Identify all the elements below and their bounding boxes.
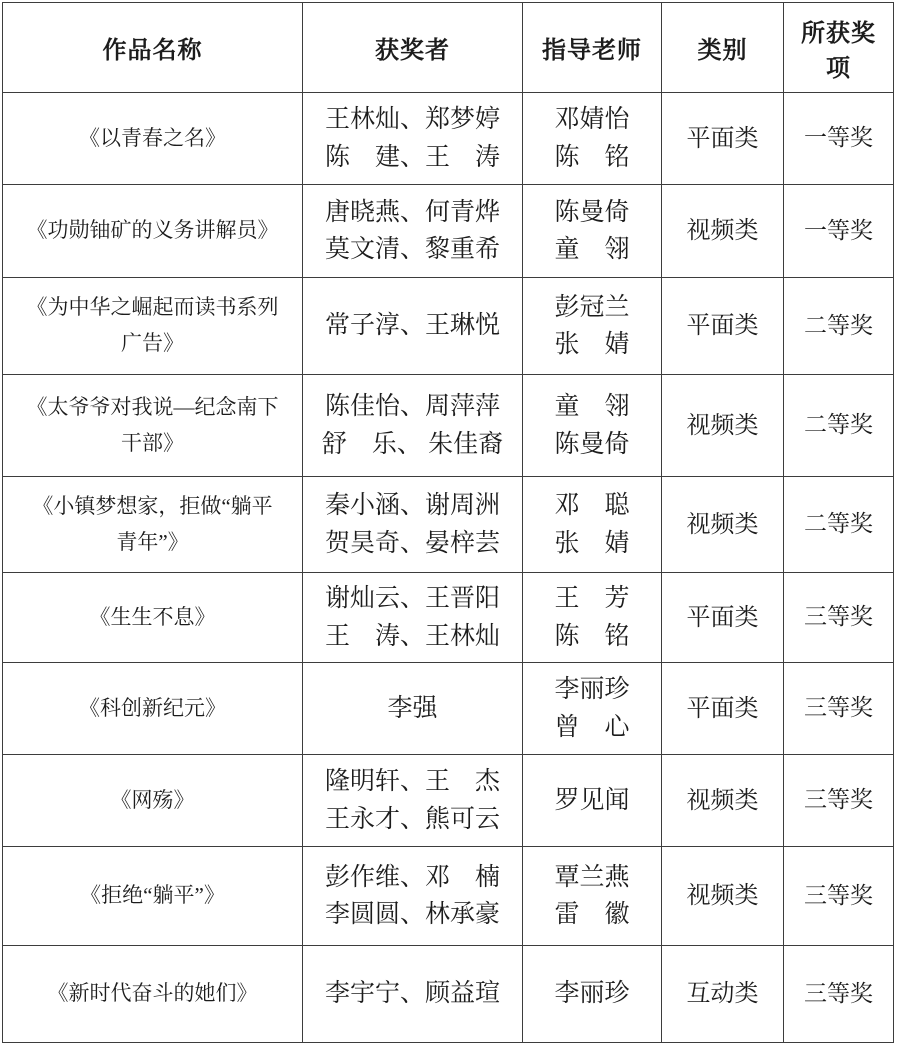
teachers-cell: 王 芳 陈 铭 — [523, 573, 662, 663]
award-cell: 三等奖 — [784, 573, 894, 663]
col-header-teachers: 指导老师 — [523, 3, 662, 93]
header-row: 作品名称 获奖者 指导老师 类别 所获奖项 — [3, 3, 894, 93]
winners-cell: 王林灿、郑梦婷 陈 建、王 涛 — [303, 93, 523, 185]
category-cell: 视频类 — [662, 185, 784, 278]
teachers-cell: 邓婧怡 陈 铭 — [523, 93, 662, 185]
table-row: 《科创新纪元》 李强 李丽珍 曾 心 平面类 三等奖 — [3, 663, 894, 755]
awards-table: 作品名称 获奖者 指导老师 类别 所获奖项 《以青春之名》 王林灿、郑梦婷 陈 … — [2, 2, 894, 1043]
category-cell: 互动类 — [662, 946, 784, 1043]
award-cell: 二等奖 — [784, 278, 894, 375]
work-title-cell: 《为中华之崛起而读书系列 广告》 — [3, 278, 303, 375]
table-row: 《网殇》 隆明轩、王 杰 王永才、熊可云 罗见闻 视频类 三等奖 — [3, 755, 894, 847]
teachers-cell: 覃兰燕 雷 徽 — [523, 847, 662, 946]
table-row: 《以青春之名》 王林灿、郑梦婷 陈 建、王 涛 邓婧怡 陈 铭 平面类 一等奖 — [3, 93, 894, 185]
teachers-cell: 彭冠兰 张 婧 — [523, 278, 662, 375]
table-row: 《拒绝“躺平”》 彭作维、邓 楠 李圆圆、林承豪 覃兰燕 雷 徽 视频类 三等奖 — [3, 847, 894, 946]
award-cell: 一等奖 — [784, 185, 894, 278]
category-cell: 平面类 — [662, 663, 784, 755]
award-cell: 二等奖 — [784, 375, 894, 477]
winners-cell: 秦小涵、谢周洲 贺昊奇、晏梓芸 — [303, 477, 523, 573]
award-cell: 三等奖 — [784, 946, 894, 1043]
work-title-cell: 《小镇梦想家，拒做“躺平 青年”》 — [3, 477, 303, 573]
col-header-work-title: 作品名称 — [3, 3, 303, 93]
teachers-cell: 李丽珍 曾 心 — [523, 663, 662, 755]
winners-cell: 彭作维、邓 楠 李圆圆、林承豪 — [303, 847, 523, 946]
category-cell: 视频类 — [662, 477, 784, 573]
table-row: 《太爷爷对我说—纪念南下 干部》 陈佳怡、周萍萍 舒 乐、 朱佳裔 童 翎 陈曼… — [3, 375, 894, 477]
work-title-cell: 《生生不息》 — [3, 573, 303, 663]
winners-cell: 隆明轩、王 杰 王永才、熊可云 — [303, 755, 523, 847]
award-cell: 三等奖 — [784, 847, 894, 946]
work-title-cell: 《新时代奋斗的她们》 — [3, 946, 303, 1043]
award-cell: 一等奖 — [784, 93, 894, 185]
winners-cell: 李宇宁、顾益瑄 — [303, 946, 523, 1043]
table-row: 《功勋铀矿的义务讲解员》 唐晓燕、何青烨 莫文清、黎重希 陈曼倚 童 翎 视频类… — [3, 185, 894, 278]
table-row: 《新时代奋斗的她们》 李宇宁、顾益瑄 李丽珍 互动类 三等奖 — [3, 946, 894, 1043]
col-header-category: 类别 — [662, 3, 784, 93]
category-cell: 平面类 — [662, 93, 784, 185]
work-title-cell: 《网殇》 — [3, 755, 303, 847]
category-cell: 视频类 — [662, 847, 784, 946]
col-header-award: 所获奖项 — [784, 3, 894, 93]
teachers-cell: 童 翎 陈曼倚 — [523, 375, 662, 477]
table-row: 《为中华之崛起而读书系列 广告》 常子淳、王琳悦 彭冠兰 张 婧 平面类 二等奖 — [3, 278, 894, 375]
teachers-cell: 陈曼倚 童 翎 — [523, 185, 662, 278]
award-cell: 三等奖 — [784, 663, 894, 755]
teachers-cell: 罗见闻 — [523, 755, 662, 847]
category-cell: 视频类 — [662, 375, 784, 477]
teachers-cell: 李丽珍 — [523, 946, 662, 1043]
teachers-cell: 邓 聪 张 婧 — [523, 477, 662, 573]
table-row: 《小镇梦想家，拒做“躺平 青年”》 秦小涵、谢周洲 贺昊奇、晏梓芸 邓 聪 张 … — [3, 477, 894, 573]
winners-cell: 李强 — [303, 663, 523, 755]
work-title-cell: 《以青春之名》 — [3, 93, 303, 185]
category-cell: 平面类 — [662, 573, 784, 663]
winners-cell: 常子淳、王琳悦 — [303, 278, 523, 375]
table-row: 《生生不息》 谢灿云、王晋阳 王 涛、王林灿 王 芳 陈 铭 平面类 三等奖 — [3, 573, 894, 663]
work-title-cell: 《拒绝“躺平”》 — [3, 847, 303, 946]
award-cell: 二等奖 — [784, 477, 894, 573]
awards-document-page: 作品名称 获奖者 指导老师 类别 所获奖项 《以青春之名》 王林灿、郑梦婷 陈 … — [0, 0, 900, 1049]
category-cell: 视频类 — [662, 755, 784, 847]
work-title-cell: 《科创新纪元》 — [3, 663, 303, 755]
winners-cell: 唐晓燕、何青烨 莫文清、黎重希 — [303, 185, 523, 278]
category-cell: 平面类 — [662, 278, 784, 375]
winners-cell: 谢灿云、王晋阳 王 涛、王林灿 — [303, 573, 523, 663]
work-title-cell: 《太爷爷对我说—纪念南下 干部》 — [3, 375, 303, 477]
award-cell: 三等奖 — [784, 755, 894, 847]
col-header-winners: 获奖者 — [303, 3, 523, 93]
winners-cell: 陈佳怡、周萍萍 舒 乐、 朱佳裔 — [303, 375, 523, 477]
work-title-cell: 《功勋铀矿的义务讲解员》 — [3, 185, 303, 278]
